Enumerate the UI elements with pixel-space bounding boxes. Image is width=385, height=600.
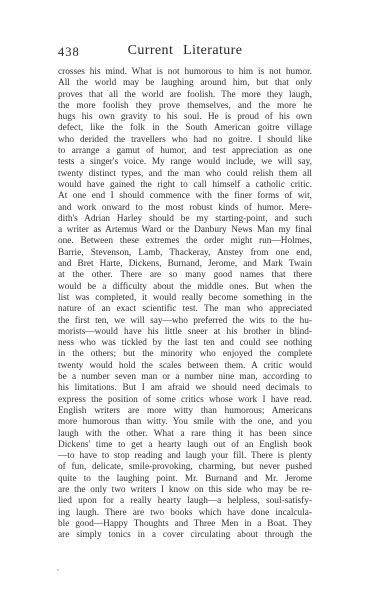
text-line: to arrange a gamut of humor, and test ap… [58, 146, 312, 157]
text-line: quite to the laughing point. Mr. Burnand… [58, 474, 312, 485]
text-line: At one end I should commence with the fi… [58, 191, 312, 202]
text-line: at the other. There are so many good nam… [58, 270, 312, 281]
text-line: of fun, delicate, smile-provoking, charm… [58, 462, 312, 473]
text-line: defect, like the folk in the South Ameri… [58, 123, 312, 134]
text-line: ing laugh. There are two books which hav… [58, 508, 312, 519]
text-line: and work onward to the most robust kinds… [58, 203, 312, 214]
text-line: ness who was tickled by the last ten and… [58, 338, 312, 349]
text-line: Barrie, Stevenson, Lamb, Thackeray, Anst… [58, 248, 312, 259]
text-line: twenty would hold the scales between the… [58, 361, 312, 372]
text-line: twenty distinct types, and the man who c… [58, 169, 312, 180]
text-line: would have gained the right to call hims… [58, 180, 312, 191]
text-line: tests a singer's voice. My range would i… [58, 157, 312, 168]
text-line: would be a difficulty about the middle o… [58, 282, 312, 293]
text-line: the first ten, we will say—who preferred… [58, 316, 312, 327]
text-line: one. Between these extremes the order mi… [58, 236, 312, 247]
text-line: —to have to stop reading and laugh your … [58, 451, 312, 462]
text-line: dith's Adrian Harley should be my starti… [58, 214, 312, 225]
book-page: 438 Current Literature crosses his mind.… [0, 0, 385, 600]
text-line: English writers are more witty than humo… [58, 406, 312, 417]
text-line: proves that all the world are foolish. T… [58, 90, 312, 101]
text-line: his limitations. But I am afraid we shou… [58, 383, 312, 394]
text-line: are simply tonics in a cover circulating… [58, 530, 312, 541]
scan-speck [57, 569, 59, 571]
text-line: hugs his own gravity to his soul. He is … [58, 112, 312, 123]
text-line: the more foolish they prove themselves, … [58, 101, 312, 112]
text-line: list was completed, it would really beco… [58, 293, 312, 304]
text-line: lied upon for a really hearty laugh—a he… [58, 496, 312, 507]
body-text: crosses his mind. What is not humorous t… [58, 67, 312, 541]
text-line: be a number seven man or a number nine m… [58, 372, 312, 383]
text-line: in the others; but the minority who enjo… [58, 349, 312, 360]
text-line: Dickens' time to get a hearty laugh out … [58, 440, 312, 451]
text-line: nature of an exact scientific test. The … [58, 304, 312, 315]
running-title: Current Literature [58, 43, 312, 59]
text-line: morists—would have his little sneer at h… [58, 327, 312, 338]
text-line: express the position of some critics who… [58, 395, 312, 406]
text-line: a writer as Artemus Ward or the Danbury … [58, 225, 312, 236]
text-line: ble good—Happy Thoughts and Three Men in… [58, 519, 312, 530]
text-line: and Bret Harte, Dickens, Burnand, Jerome… [58, 259, 312, 270]
text-line: are the only two writers I know on this … [58, 485, 312, 496]
text-line: All the world may be laughing around him… [58, 78, 312, 89]
text-line: more humorous than witty. You smile with… [58, 417, 312, 428]
text-line: laugh with the other. What a rare thing … [58, 429, 312, 440]
text-line: crosses his mind. What is not humorous t… [58, 67, 312, 78]
text-line: who derided the travellers who had no go… [58, 135, 312, 146]
page-header: 438 Current Literature [58, 43, 312, 60]
